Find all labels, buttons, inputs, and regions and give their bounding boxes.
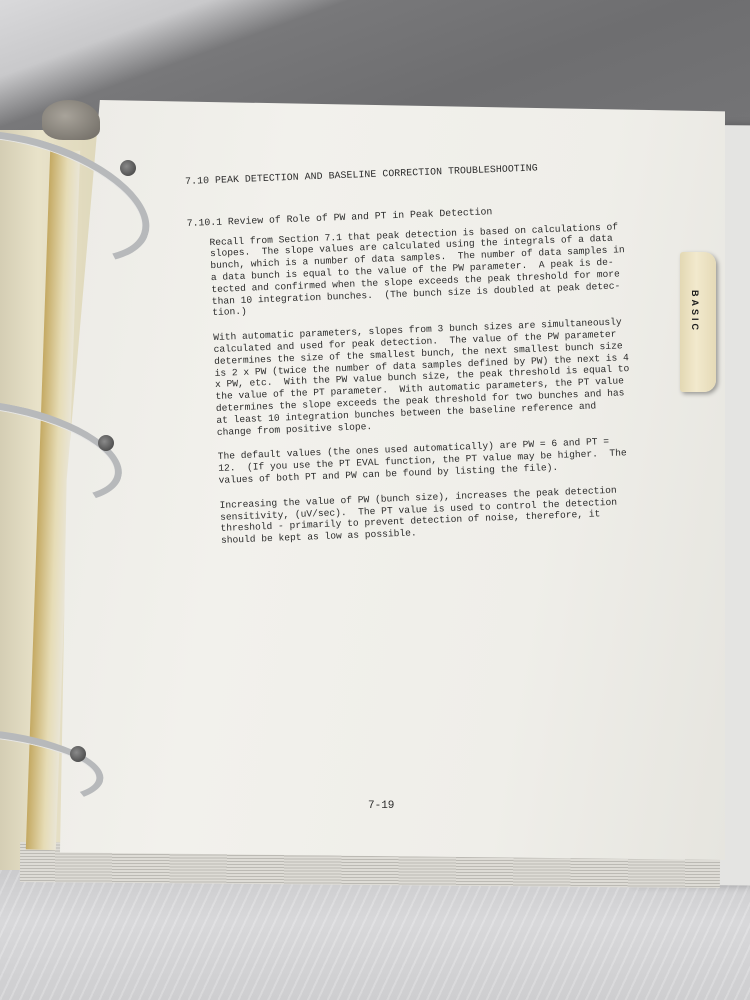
paragraph: With automatic parameters, slopes from 3…	[213, 316, 635, 438]
page-content: 7.10 PEAK DETECTION AND BASELINE CORRECT…	[185, 159, 639, 561]
table-surface	[0, 870, 750, 1000]
paragraph: The default values (the ones used automa…	[218, 435, 637, 486]
paragraph: Increasing the value of PW (bunch size),…	[219, 484, 639, 547]
page-number: 7-19	[368, 800, 394, 812]
binder-lever[interactable]	[42, 100, 100, 140]
divider-tab[interactable]: BASIC	[680, 252, 716, 392]
ring-hole-icon	[120, 160, 136, 176]
ring-hole-icon	[98, 435, 114, 451]
ring-hole-icon	[70, 746, 86, 762]
divider-tab-label: BASIC	[690, 290, 700, 333]
paragraph: Recall from Section 7.1 that peak detect…	[209, 221, 630, 320]
